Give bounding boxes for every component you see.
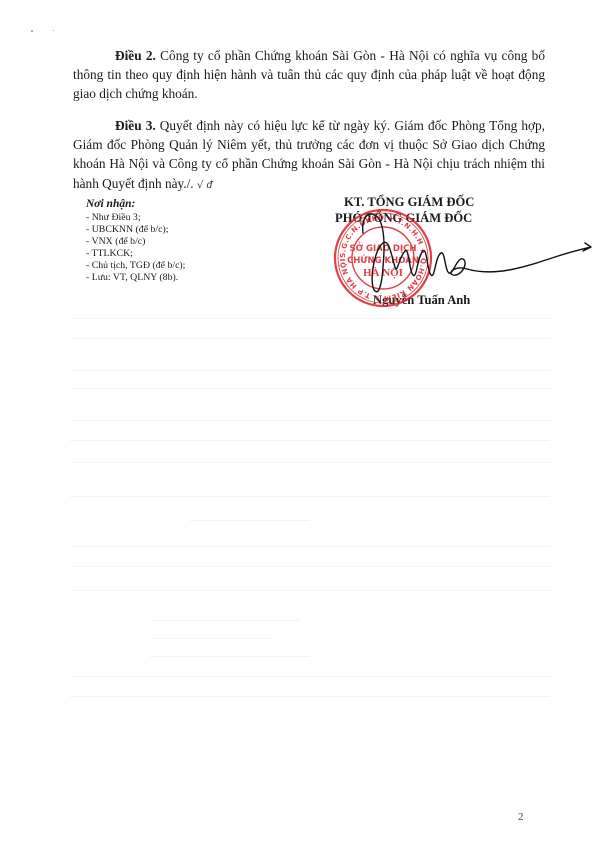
article-2-label: Điều 2. xyxy=(115,48,156,63)
document-page: Điều 2. Công ty cổ phần Chứng khoán Sài … xyxy=(0,0,595,842)
scan-speck xyxy=(53,30,54,31)
recipient-item: - Như Điều 3; xyxy=(86,212,185,224)
article-3-label: Điều 3. xyxy=(115,118,156,133)
recipient-item: - TTLKCK; xyxy=(86,248,185,260)
recipient-item: - VNX (để b/c) xyxy=(86,236,185,248)
recipients-title: Nơi nhận: xyxy=(86,198,185,210)
handwritten-signature-icon xyxy=(355,205,595,305)
scan-speck xyxy=(31,30,33,32)
handwritten-initial-mark: √ ᵭ xyxy=(197,180,212,191)
recipient-item: - UBCKNN (để b/c); xyxy=(86,224,185,236)
recipient-item: - Lưu: VT, QLNY (8b). xyxy=(86,272,185,284)
article-2: Điều 2. Công ty cổ phần Chứng khoán Sài … xyxy=(73,46,545,104)
recipient-item: - Chủ tịch, TGĐ (để b/c); xyxy=(86,260,185,272)
recipients-list: Nơi nhận: - Như Điều 3; - UBCKNN (để b/c… xyxy=(86,198,185,284)
article-3: Điều 3. Quyết định này có hiệu lực kể từ… xyxy=(73,116,545,195)
page-number: 2 xyxy=(518,811,524,823)
